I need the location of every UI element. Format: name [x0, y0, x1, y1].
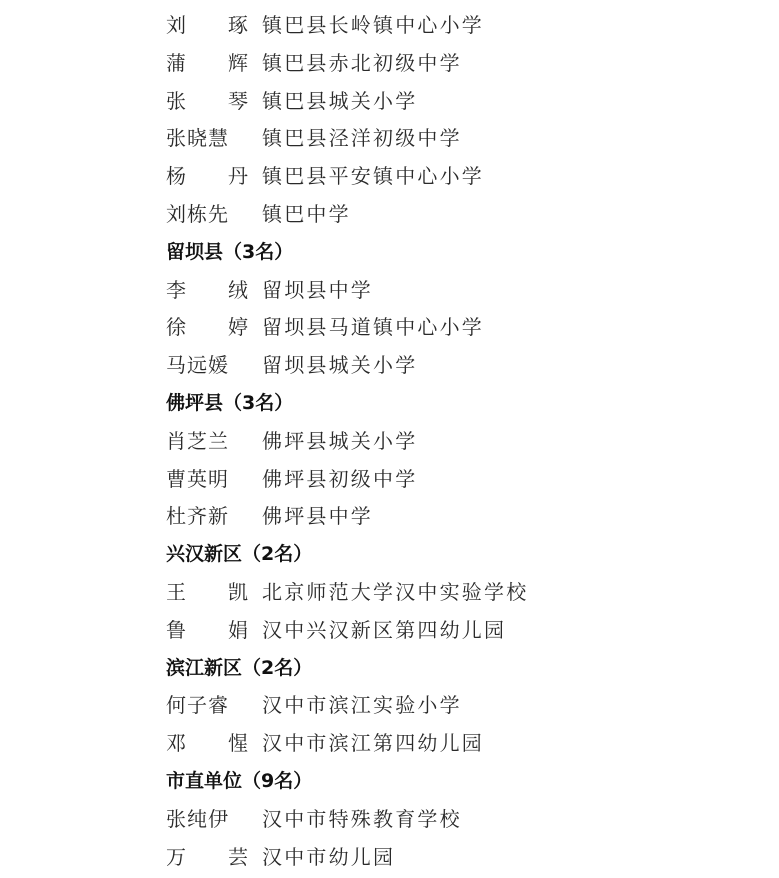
person-name: 张纯伊 — [166, 801, 262, 839]
person-name: 鲁娟 — [166, 612, 262, 650]
section-heading: 佛坪县（3名） — [166, 385, 528, 423]
school-name: 汉中市幼儿园 — [262, 839, 395, 877]
list-item: 肖芝兰 佛坪县城关小学 — [166, 423, 528, 461]
list-item: 刘栋先 镇巴中学 — [166, 196, 528, 234]
person-name: 肖芝兰 — [166, 423, 262, 461]
list-item: 杜齐新 佛坪县中学 — [166, 498, 528, 536]
person-name: 杨丹 — [166, 158, 262, 196]
school-name: 镇巴县长岭镇中心小学 — [262, 7, 484, 45]
school-name: 汉中兴汉新区第四幼儿园 — [262, 612, 506, 650]
school-name: 汉中市特殊教育学校 — [262, 801, 462, 839]
award-list-document: 刘琢 镇巴县长岭镇中心小学 蒲辉 镇巴县赤北初级中学 张琴 镇巴县城关小学 张晓… — [166, 7, 528, 876]
person-name: 万芸 — [166, 839, 262, 877]
person-name: 杜齐新 — [166, 498, 262, 536]
person-name: 曹英明 — [166, 461, 262, 499]
list-item: 鲁娟 汉中兴汉新区第四幼儿园 — [166, 612, 528, 650]
school-name: 留坝县城关小学 — [262, 347, 417, 385]
person-name: 张琴 — [166, 83, 262, 121]
school-name: 留坝县中学 — [262, 272, 373, 310]
section-heading: 市直单位（9名） — [166, 763, 528, 801]
person-name: 王凯 — [166, 574, 262, 612]
list-item: 徐婷 留坝县马道镇中心小学 — [166, 309, 528, 347]
person-name: 何子睿 — [166, 687, 262, 725]
school-name: 汉中市滨江实验小学 — [262, 687, 462, 725]
person-name: 邓惺 — [166, 725, 262, 763]
school-name: 镇巴县泾洋初级中学 — [262, 120, 462, 158]
school-name: 佛坪县初级中学 — [262, 461, 417, 499]
list-item: 张纯伊 汉中市特殊教育学校 — [166, 801, 528, 839]
list-item: 李绒 留坝县中学 — [166, 272, 528, 310]
school-name: 镇巴中学 — [262, 196, 351, 234]
school-name: 佛坪县城关小学 — [262, 423, 417, 461]
list-item: 何子睿 汉中市滨江实验小学 — [166, 687, 528, 725]
list-item: 王凯 北京师范大学汉中实验学校 — [166, 574, 528, 612]
list-item: 邓惺 汉中市滨江第四幼儿园 — [166, 725, 528, 763]
section-heading: 滨江新区（2名） — [166, 650, 528, 688]
list-item: 张晓慧 镇巴县泾洋初级中学 — [166, 120, 528, 158]
person-name: 马远媛 — [166, 347, 262, 385]
list-item: 马远媛 留坝县城关小学 — [166, 347, 528, 385]
list-item: 蒲辉 镇巴县赤北初级中学 — [166, 45, 528, 83]
person-name: 蒲辉 — [166, 45, 262, 83]
list-item: 万芸 汉中市幼儿园 — [166, 839, 528, 877]
school-name: 北京师范大学汉中实验学校 — [262, 574, 528, 612]
school-name: 镇巴县城关小学 — [262, 83, 417, 121]
list-item: 刘琢 镇巴县长岭镇中心小学 — [166, 7, 528, 45]
section-heading: 兴汉新区（2名） — [166, 536, 528, 574]
list-item: 张琴 镇巴县城关小学 — [166, 83, 528, 121]
person-name: 刘琢 — [166, 7, 262, 45]
list-item: 曹英明 佛坪县初级中学 — [166, 461, 528, 499]
school-name: 汉中市滨江第四幼儿园 — [262, 725, 484, 763]
school-name: 镇巴县赤北初级中学 — [262, 45, 462, 83]
section-heading: 留坝县（3名） — [166, 234, 528, 272]
person-name: 李绒 — [166, 272, 262, 310]
person-name: 刘栋先 — [166, 196, 262, 234]
list-item: 杨丹 镇巴县平安镇中心小学 — [166, 158, 528, 196]
school-name: 镇巴县平安镇中心小学 — [262, 158, 484, 196]
person-name: 徐婷 — [166, 309, 262, 347]
school-name: 佛坪县中学 — [262, 498, 373, 536]
person-name: 张晓慧 — [166, 120, 262, 158]
school-name: 留坝县马道镇中心小学 — [262, 309, 484, 347]
